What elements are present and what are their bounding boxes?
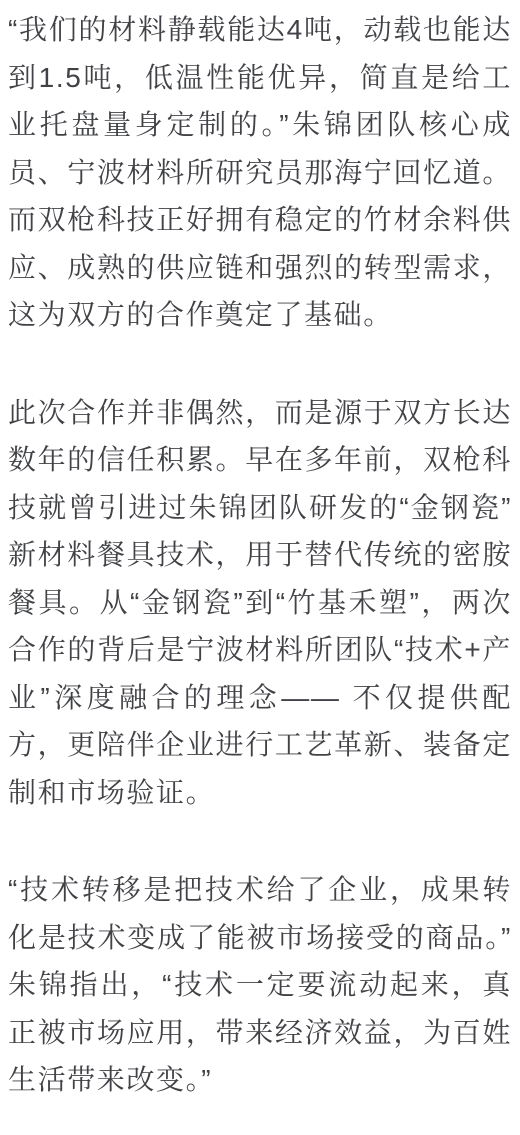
paragraph: 此次合作并非偶然，而是源于双方长达数年的信任积累。早在多年前，双枪科技就曾引进过… [8,389,512,817]
paragraph: “技术转移是把技术给了企业，成果转化是技术变成了能被市场接受的商品。”朱锦指出，… [8,866,512,1104]
article-body: “我们的材料静载能达4吨，动载也能达到1.5吨，低温性能优异，简直是给工业托盘量… [0,0,520,1122]
paragraph: “我们的材料静载能达4吨，动载也能达到1.5吨，低温性能优异，简直是给工业托盘量… [8,6,512,339]
page: { "page": { "background_color": "#ffffff… [0,0,520,1135]
